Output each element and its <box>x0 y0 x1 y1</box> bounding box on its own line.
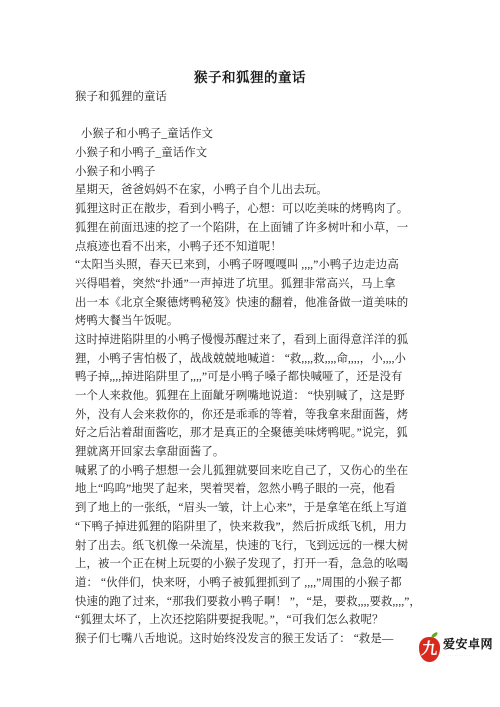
text-line: 星期天，爸爸妈妈不在家，小鸭子自个儿出去玩。 <box>75 181 435 200</box>
text-line: 道： “伙伴们，快来呀，小鸭子被狐狸抓到了 ,,,,”周围的小猴子都 <box>75 574 435 593</box>
text-line: “太阳当头照，春天已来到，小鸭子呀嘎嘎叫 ,,,,”小鸭子边走边高 <box>75 256 435 275</box>
text-line: 小猴子和小鸭子_童话作文 <box>75 144 435 163</box>
text-line: 狸就离开回家去拿甜面酱了。 <box>75 443 435 462</box>
site-logo[interactable]: 九 爱安卓网 ············· <box>419 637 493 662</box>
text-line: 狐狸在前面迅速的挖了一个陷阱，在上面铺了许多树叶和小草，一 <box>75 219 435 238</box>
text-line: 狐狸这时正在散步，看到小鸭子，心想：可以吃美味的烤鸭肉了。 <box>75 200 435 219</box>
text-line: 烤鸭大餐当午饭呢。 <box>75 312 435 331</box>
logo-text-block: 爱安卓网 ············· <box>443 637 493 658</box>
text-line: 鸭子掉,,,,掉进陷阱里了,,,,”可是小鸭子嗓子都快喊哑了，还是没有 <box>75 368 435 387</box>
logo-badge-char: 九 <box>418 638 441 661</box>
text-line: “下鸭子掉进狐狸的陷阱里了，快来救我”，然后折成纸飞机，用力 <box>75 518 435 537</box>
text-line: 兴得唱着，突然“扑通”一声掉进了坑里。狐狸非常高兴，马上拿 <box>75 275 435 294</box>
text-line: 一个人来救他。狐狸在上面龇牙咧嘴地说道： “快别喊了，这是野 <box>75 387 435 406</box>
text-line: 喊累了的小鸭子想想一会儿狐狸就要回来吃自己了，又伤心的坐在 <box>75 462 435 481</box>
text-line: 狸，小鸭子害怕极了，战战兢兢地喊道： “救,,,,救,,,,命,,,,，小,,,… <box>75 350 435 369</box>
text-line: 点痕迹也看不出来，小鸭子还不知道呢！ <box>75 238 435 257</box>
text-line: 到了地上的一张纸，“眉头一皱，计上心来”，于是拿笔在纸上写道 <box>75 499 435 518</box>
text-line: 上，被一个正在树上玩耍的小猴子发现了，打开一看，急急的吆喝 <box>75 555 435 574</box>
text-line: 射了出去。纸飞机像一朵流星，快速的飞行，飞到远远的一棵大树 <box>75 537 435 556</box>
text-line: 好之后沾着甜面酱吃，那才是真正的全聚德美味烤鸭呢。”说完，狐 <box>75 424 435 443</box>
text-line: “狐狸太坏了，上次还挖陷阱要捉我呢。”，“可我们怎么救呢？ <box>75 611 435 630</box>
logo-tagline: ············· <box>443 654 490 658</box>
logo-brand-text: 爱安卓网 <box>443 637 493 652</box>
text-line: 快速的跑了过来，“那我们要救小鸭子啊！ ”，“是，要救,,,,要救,,,,”， <box>75 593 435 612</box>
text-line <box>75 107 435 126</box>
apple-icon: 九 <box>419 637 440 662</box>
text-line: 出一本《北京全聚德烤鸭秘笈》快速的翻着，他准备做一道美味的 <box>75 294 435 313</box>
text-line: 外，没有人会来救你的，你还是乖乖的等着，等我拿来甜面酱，烤 <box>75 406 435 425</box>
text-line: 猴子和狐狸的童话 <box>75 88 435 107</box>
text-line: 小猴子和小鸭子_童话作文 <box>75 125 435 144</box>
text-line: 地上“呜呜”地哭了起来，哭着哭着，忽然小鸭子眼的一亮，他看 <box>75 480 435 499</box>
text-line: 这时掉进陷阱里的小鸭子慢慢苏醒过来了，看到上面得意洋洋的狐 <box>75 331 435 350</box>
article-body: 猴子和狐狸的童话 小猴子和小鸭子_童话作文小猴子和小鸭子_童话作文小猴子和小鸭子… <box>75 88 435 649</box>
text-line: 小猴子和小鸭子 <box>75 163 435 182</box>
page-title: 猴子和狐狸的童话 <box>0 66 500 86</box>
text-line: 猴子们七嘴八舌地说。这时始终没发言的猴王发话了： “救是— <box>75 630 435 649</box>
